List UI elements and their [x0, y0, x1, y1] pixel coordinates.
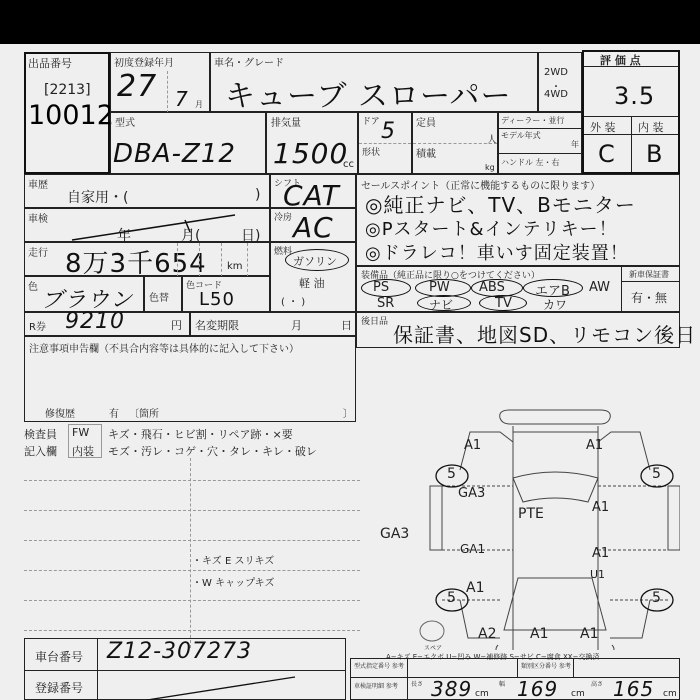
- name-change-box: 名変期限 月 日: [190, 312, 356, 336]
- inspector-note: ・W キャップキズ: [192, 574, 274, 589]
- type-box: 型式 DBA-Z12: [110, 112, 266, 174]
- mileage-value: 8万3千654: [65, 243, 207, 280]
- mark-rear-right: U1: [590, 568, 605, 581]
- repair-yes: 有: [109, 405, 119, 420]
- inspector-fw: FW: [72, 426, 89, 439]
- color-change-label: 色替: [149, 289, 169, 304]
- length-value: 389: [431, 677, 472, 700]
- equipment-box: 装備品（純正品に限り○をつけてください） 新車保証書 有・無 PS PW ABS…: [356, 266, 680, 312]
- equipment-aw: AW: [589, 280, 610, 295]
- color-code-box: 色コード L50: [182, 276, 270, 312]
- recycle-unit: 円: [171, 317, 182, 333]
- circle-navi: [417, 295, 471, 311]
- type-value: DBA-Z12: [113, 139, 236, 169]
- equipment-sr: SR: [377, 296, 394, 311]
- mark-right-front-door: A1: [592, 500, 609, 515]
- mark-left-front-door: GA3: [458, 486, 485, 501]
- inspection-label: 車検: [28, 210, 48, 225]
- lot-number-box: 出品番号 [2213] 10012: [24, 52, 110, 174]
- width-label: 幅: [499, 679, 505, 688]
- mark-front-left: A1: [464, 438, 481, 453]
- inspector-row2: モズ・汚レ・コゲ・穴・タレ・キレ・破レ: [108, 443, 317, 459]
- class-number-label: 類別区分番号 参考: [521, 661, 571, 670]
- tire-fr: 5: [652, 466, 661, 482]
- chassis-value: Z12-307273: [107, 639, 252, 664]
- drive-2wd: 2WD: [544, 67, 568, 78]
- later-items-label: 後日品: [361, 314, 388, 327]
- fuel-box: 燃料 ガソリン 軽 油 ( ・ ): [270, 242, 356, 312]
- name-change-month: 月: [291, 317, 302, 333]
- model-year-label: モデル年式: [501, 130, 541, 141]
- fuel-gasoline: ガソリン: [293, 253, 337, 269]
- chassis-box: 車台番号 Z12-307273 登録番号: [24, 638, 346, 700]
- name-change-day: 日: [341, 317, 352, 333]
- height-unit: cm: [663, 689, 677, 699]
- recycle-label: R券: [29, 318, 46, 333]
- first-reg-month: 7: [175, 87, 189, 111]
- notes-title: 注意事項申告欄（不具合内容等は具体的に記入して下さい）: [29, 340, 299, 355]
- model-year-unit: 年: [571, 139, 579, 150]
- repair-location: 〔箇所: [129, 405, 159, 420]
- inspector-row1: キズ・飛石・ヒビ割・リペア跡・×要: [108, 426, 293, 442]
- mark-front-right: A1: [586, 438, 603, 453]
- displacement-box: 排気量 1500 cc: [266, 112, 358, 174]
- lot-label: 出品番号: [28, 55, 72, 71]
- height-label: 高さ: [591, 679, 603, 688]
- tire-rr: 5: [652, 590, 661, 606]
- circle-ps: [361, 279, 411, 297]
- repair-close: 〕: [343, 405, 353, 420]
- mark-left-rear-door: GA1: [460, 542, 485, 556]
- displacement-label: 排気量: [271, 114, 301, 129]
- color-box: 色 ブラウン: [24, 276, 144, 312]
- exterior-grade: C: [598, 140, 616, 168]
- first-registration-box: 初度登録年月 27 7 月: [110, 52, 210, 112]
- fuel-diesel: 軽 油: [299, 275, 325, 291]
- color-change-box: 色替: [144, 276, 182, 312]
- inspector-entry-label: 記入欄: [24, 443, 57, 459]
- ac-value: AC: [293, 211, 334, 244]
- name-change-label: 名変期限: [195, 317, 239, 333]
- repair-history-label: 修復歴: [45, 405, 75, 420]
- capacity-box: 定員 人 積載 kg: [412, 112, 498, 174]
- mark-left-side: GA3: [380, 526, 409, 542]
- warranty-value: 有・無: [631, 289, 667, 306]
- dealer-label: ディーラー・並行: [501, 115, 564, 126]
- length-label: 長さ: [411, 679, 423, 688]
- mark-bumper-left: A2: [478, 626, 496, 642]
- inspector-label: 検査員: [24, 426, 57, 442]
- dims-box: 型式指定番号 参考 類別区分番号 参考 車検証明細 参考 長さ 389 cm 幅…: [350, 658, 680, 700]
- sales-point-line: ◎ドラレコ！車いす固定装置！: [365, 239, 629, 265]
- type-designation-label: 型式指定番号 参考: [354, 661, 404, 670]
- first-reg-year: 27: [117, 69, 157, 104]
- circle-airbag: [523, 279, 583, 297]
- door-shape-box: ドア 5 形状: [358, 112, 412, 174]
- ac-box: 冷房 AC: [270, 208, 356, 242]
- width-unit: cm: [571, 689, 585, 699]
- load-label: 積載: [416, 145, 436, 160]
- score-box: 評 価 点 3.5 外 装 内 装 C B: [582, 50, 680, 174]
- mark-right-rear-door: A1: [592, 546, 609, 561]
- fuel-other: ( ・ ): [281, 293, 305, 308]
- inspector-section: 検査員 記入欄 FW 内装 キズ・飛石・ヒビ割・リペア跡・×要 モズ・汚レ・コゲ…: [24, 424, 360, 458]
- sales-point-line: ◎Pスタート&インテリキー！: [365, 215, 618, 241]
- notes-box: 注意事項申告欄（不具合内容等は具体的に記入して下さい） 修復歴 有 〔箇所 〕: [24, 336, 356, 422]
- month-unit: 月: [195, 99, 203, 110]
- registration-label: 登録番号: [35, 679, 83, 696]
- drive-box: 2WD ・ 4WD: [538, 52, 582, 112]
- height-value: 165: [613, 677, 654, 700]
- tire-rl: 5: [447, 590, 456, 606]
- inspector-interior: 内装: [72, 443, 94, 459]
- first-reg-label: 初度登録年月: [114, 54, 174, 69]
- width-value: 169: [517, 677, 558, 700]
- history-box: 車歴 自家用・( ): [24, 174, 270, 208]
- name-grade-label: 車名・グレード: [214, 54, 284, 69]
- history-label: 車歴: [28, 176, 48, 191]
- length-unit: cm: [475, 689, 489, 699]
- mark-bumper-center: A1: [530, 626, 548, 642]
- top-black-bar: [0, 0, 700, 44]
- mark-roof: PTE: [518, 506, 544, 522]
- mark-bumper-right: A1: [580, 626, 598, 642]
- inspection-box: 車検 年 月( 日): [24, 208, 270, 242]
- warranty-label: 新車保証書: [629, 269, 669, 280]
- chassis-label: 車台番号: [35, 648, 83, 665]
- mileage-box: 走行 8万3千654 km: [24, 242, 270, 276]
- handle-label: ハンドル 左・右: [501, 157, 560, 168]
- sales-point-line: ◎純正ナビ、TV、Bモニター: [365, 189, 636, 218]
- later-items-value: 保証書、地図SD、リモコン後日: [393, 319, 696, 348]
- lot-sub-number: [2213]: [44, 82, 91, 98]
- lot-number: 10012: [28, 100, 114, 131]
- equipment-leather: カワ: [543, 296, 567, 313]
- recycle-box: R券 9210 円: [24, 312, 190, 336]
- color-label: 色: [28, 278, 38, 293]
- door-value: 5: [381, 119, 396, 144]
- color-code-value: L50: [199, 289, 235, 310]
- exterior-label: 外 装: [590, 119, 616, 135]
- door-label: ドア: [362, 114, 380, 127]
- mileage-unit: km: [227, 261, 243, 272]
- type-label: 型式: [115, 114, 135, 129]
- ac-label: 冷房: [274, 210, 292, 223]
- interior-label: 内 装: [638, 119, 664, 135]
- mileage-label: 走行: [28, 244, 48, 259]
- model-name-box: 車名・グレード キューブ スローパー: [210, 52, 538, 112]
- sales-points-box: セールスポイント（正常に機能するものに限ります） ◎純正ナビ、TV、Bモニター …: [356, 174, 680, 266]
- cc-unit: cc: [343, 159, 354, 170]
- load-unit: kg: [485, 163, 495, 172]
- shift-box: シフト CAT: [270, 174, 356, 208]
- interior-grade: B: [646, 140, 663, 168]
- spare-label: スペア: [424, 643, 442, 652]
- model-name: キューブ スローパー: [225, 71, 512, 115]
- history-close: ): [255, 187, 260, 203]
- displacement-value: 1500: [273, 137, 348, 170]
- score-value: 3.5: [614, 82, 655, 110]
- drive-4wd: 4WD: [544, 89, 568, 100]
- shape-label: 形状: [362, 145, 380, 158]
- cert-label: 車検証明細 参考: [354, 681, 398, 690]
- inspector-note: ・キズ E スリキズ: [192, 552, 274, 567]
- history-value: 自家用・(: [67, 187, 128, 207]
- tire-fl: 5: [447, 466, 456, 482]
- auction-sheet: 出品番号 [2213] 10012 初度登録年月 27 7 月 車名・グレード …: [0, 44, 700, 700]
- mark-rear-left: A1: [466, 580, 484, 596]
- capacity-label: 定員: [416, 114, 436, 129]
- later-items-box: 後日品 保証書、地図SD、リモコン後日: [356, 312, 680, 348]
- recycle-value: 9210: [65, 309, 125, 334]
- dealer-box: ディーラー・並行 モデル年式 年 ハンドル 左・右: [498, 112, 582, 174]
- circle-tv: [479, 295, 527, 311]
